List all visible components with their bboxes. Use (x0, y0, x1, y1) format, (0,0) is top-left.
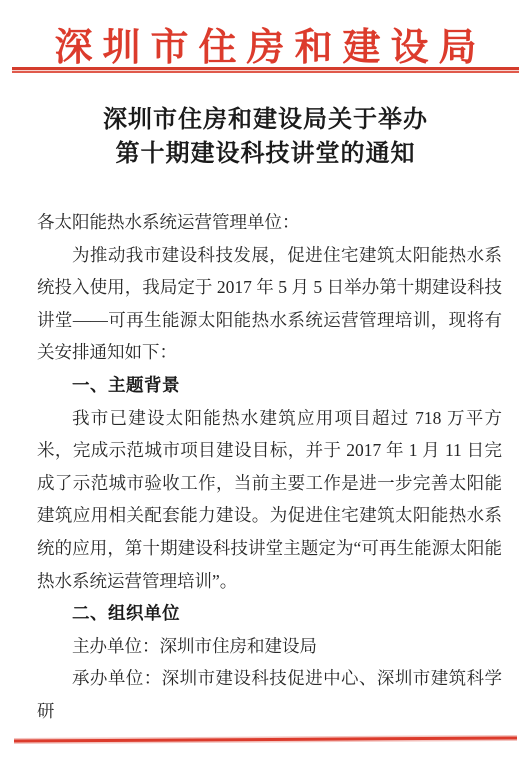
body-paragraph: 主办单位：深圳市住房和建设局 (37, 630, 502, 663)
salutation: 各太阳能热水系统运营管理单位： (37, 206, 502, 239)
body-paragraph: 为推动我市建设科技发展，促进住宅建筑太阳能热水系统投入使用，我局定于 2017 … (37, 239, 502, 369)
document-page: 深圳市住房和建设局 深圳市住房和建设局关于举办 第十期建设科技讲堂的通知 各太阳… (0, 0, 531, 762)
agency-masthead: 深圳市住房和建设局 (0, 16, 531, 71)
document-title: 深圳市住房和建设局关于举办 第十期建设科技讲堂的通知 (0, 103, 531, 171)
body-paragraph: 我市已建设太阳能热水建筑应用项目超过 718 万平方米，完成示范城市项目建设目标… (37, 402, 502, 598)
section-heading: 一、主题背景 (37, 369, 502, 402)
masthead-divider-bottom-line (12, 71, 519, 73)
footer-divider (14, 736, 517, 742)
document-title-line2: 第十期建设科技讲堂的通知 (0, 137, 531, 171)
masthead-divider (12, 67, 519, 73)
document-body: 各太阳能热水系统运营管理单位：为推动我市建设科技发展，促进住宅建筑太阳能热水系统… (37, 206, 502, 728)
body-paragraph: 承办单位：深圳市建设科技促进中心、深圳市建筑科学研 (37, 662, 502, 727)
section-heading: 二、组织单位 (37, 597, 502, 630)
document-title-line1: 深圳市住房和建设局关于举办 (0, 103, 531, 137)
